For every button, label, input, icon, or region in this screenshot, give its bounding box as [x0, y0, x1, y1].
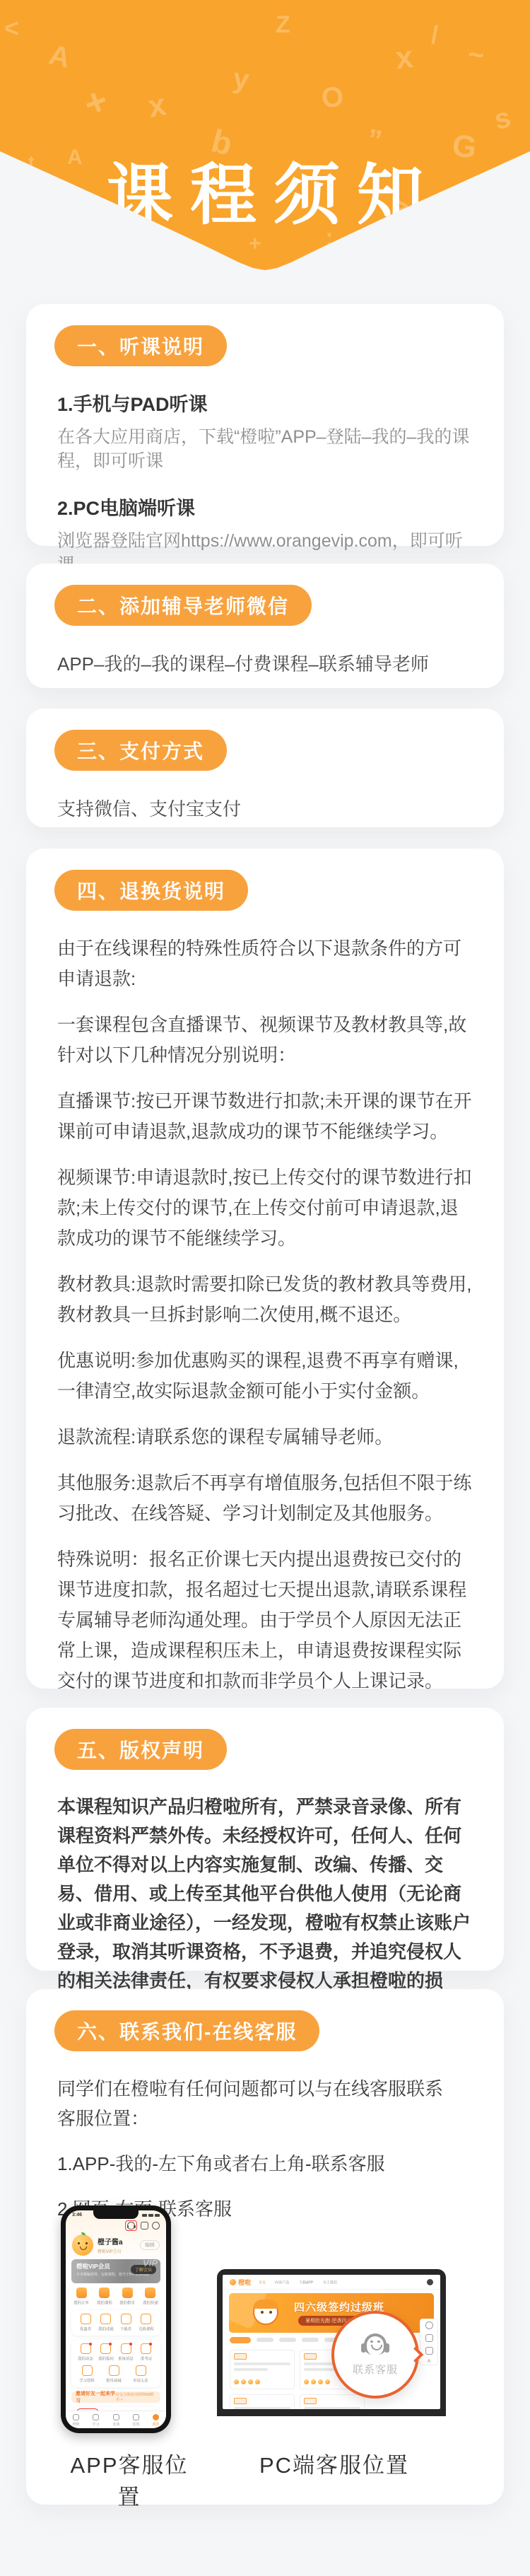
- app-menu-icon: [121, 2314, 131, 2324]
- pattern-glyph: x: [394, 42, 415, 74]
- app-menu-label: 发现: [132, 2421, 139, 2426]
- card-refund-policy: 四、退换货说明 由于在线课程的特殊性质符合以下退款条件的方可申请退款:一套课程包…: [26, 849, 504, 1689]
- site-avatar[interactable]: [427, 2279, 433, 2285]
- vip-banner[interactable]: 橙啦VIP会员 专享精编资料，定制课程，相当于5年更多特权 了解会员 VIP: [71, 2259, 160, 2283]
- pattern-glyph: ~: [468, 41, 484, 69]
- app-menu-item[interactable]: 我的快递: [142, 2287, 159, 2306]
- app-menu-item[interactable]: 学习资料: [78, 2365, 95, 2384]
- tab-item[interactable]: [302, 2338, 319, 2342]
- app-menu-label: 我的橙币: [119, 2300, 135, 2305]
- headset-icon[interactable]: [127, 2222, 135, 2230]
- course-card[interactable]: [300, 2394, 365, 2409]
- pattern-glyph: A: [47, 40, 73, 73]
- app-menu-label: 我的订单: [73, 2300, 89, 2305]
- course-card[interactable]: [230, 2350, 295, 2389]
- app-menu-label: 我的提问: [98, 2355, 114, 2361]
- paragraph: 1.APP-我的-左下角或者右上角-联系客服: [57, 2149, 476, 2179]
- section-pill-label: 三、支付方式: [77, 736, 204, 764]
- app-menu-icon: [100, 2314, 111, 2324]
- paragraph: 其他服务:退款后不再享有增值服务,包括但不限于练习批改、在线答疑、学习计划制定及…: [57, 1468, 476, 1529]
- back-to-top-icon[interactable]: ∧: [427, 2360, 431, 2362]
- nav-item[interactable]: 下载APP: [299, 2279, 313, 2285]
- paragraph: 在各大应用商店，下载“橙啦”APP–登陆–我的–我的课程，即可听课: [57, 425, 476, 473]
- card-add-tutor-wechat: 二、添加辅导老师微信 APP–我的–我的课程–付费课程–联系辅导老师: [26, 564, 504, 688]
- gear-icon[interactable]: [152, 2222, 160, 2230]
- card-contact-service: 六、联系我们-在线客服 同学们在橙啦有任何问题都可以与在线客服联系客服位置：1.…: [26, 1989, 504, 2505]
- app-menu-item[interactable]: 优惠券: [77, 2314, 94, 2332]
- course-card[interactable]: [230, 2394, 295, 2409]
- paragraph: 支持微信、支付宝支付: [57, 796, 476, 822]
- section-pill-label: 四、退换货说明: [77, 876, 225, 904]
- menu-card-1: 优惠券我的成就下载券兑换课程: [71, 2310, 160, 2336]
- customer-service-icon[interactable]: [425, 2321, 433, 2329]
- app-menu-item[interactable]: 选课: [106, 2411, 126, 2428]
- wechat-icon[interactable]: [425, 2334, 433, 2342]
- section-5-content: 本课程知识产品归橙啦所有，严禁录音录像、所有课程资料严禁外传。未经授权许可，任何…: [26, 1770, 504, 2024]
- paragraph: 1.手机与PAD听课: [57, 389, 476, 416]
- profile-row: 橙子酱a 橙啦VIP会员 编辑: [66, 2231, 166, 2256]
- section-pill-label: 五、版权声明: [77, 1735, 204, 1764]
- app-menu-item[interactable]: 学习: [86, 2411, 105, 2428]
- app-menu-label: 选课: [112, 2421, 119, 2426]
- app-menu-label: 学习: [93, 2421, 100, 2426]
- app-menu-icon: [113, 2414, 119, 2420]
- app-menu-label: 橙币商城: [106, 2377, 122, 2383]
- site-nav-items: 首页内容产品下载APP关于我们: [258, 2279, 338, 2285]
- app-menu-label: 优惠券: [80, 2326, 91, 2331]
- app-menu-item[interactable]: 准考证: [138, 2343, 155, 2362]
- app-menu-label: 系统消息: [118, 2355, 134, 2361]
- invite-banner[interactable]: 邀请好友一起来学习 好友注册成功即得500橙币 >: [71, 2391, 160, 2403]
- pattern-glyph: <: [488, 178, 502, 204]
- battery-icon: [155, 2214, 160, 2217]
- pattern-glyph: Z: [276, 13, 290, 37]
- pattern-glyph: /: [431, 23, 438, 48]
- app-menu-item[interactable]: 下载券: [117, 2314, 134, 2332]
- app-menu-item[interactable]: 我的成就: [98, 2314, 114, 2332]
- pattern-glyph: x: [146, 89, 168, 123]
- app-menu-icon: [82, 2365, 93, 2376]
- paragraph: 优惠说明:参加优惠购买的课程,退费不再享有赠课,一律清空,故实际退款金额可能小于…: [57, 1346, 476, 1406]
- pattern-glyph: #: [122, 209, 140, 235]
- section-pill-label: 六、联系我们-在线客服: [77, 2017, 297, 2045]
- app-menu-item[interactable]: 我的提问: [98, 2343, 114, 2362]
- section-pill-1: 一、听课说明: [54, 325, 227, 366]
- app-menu-label: 我的快递: [143, 2300, 158, 2305]
- app-menu-icon: [141, 2314, 151, 2324]
- invite-text: 邀请好友一起来学习: [76, 2390, 116, 2404]
- app-menu-item[interactable]: 申请入驻: [132, 2365, 149, 2384]
- app-menu-icon: [122, 2287, 133, 2298]
- pattern-glyph: <: [4, 16, 19, 41]
- app-menu-label: 我的课程: [97, 2300, 112, 2305]
- section-pill-2: 二、添加辅导老师微信: [54, 585, 312, 626]
- app-menu-icon: [153, 2414, 159, 2420]
- mascot-icon: [253, 2300, 278, 2325]
- app-menu-item[interactable]: 我的订单: [73, 2287, 90, 2306]
- user-name: 橙子酱a: [98, 2236, 136, 2246]
- highlight-box-customer-service: [125, 2220, 137, 2231]
- app-menu-item[interactable]: 我的橙币: [119, 2287, 136, 2306]
- app-menu-item[interactable]: 兑换课程: [138, 2314, 155, 2332]
- profile-name-block: 橙子酱a 橙啦VIP会员: [98, 2236, 136, 2254]
- tab-item[interactable]: [257, 2338, 273, 2342]
- menu-row-3: 学习资料橙币商城申请入驻: [71, 2362, 160, 2384]
- app-menu-icon: [76, 2287, 87, 2298]
- app-menu-item[interactable]: 发现: [126, 2411, 146, 2428]
- floating-sidebar: ∧: [420, 2319, 438, 2365]
- app-menu-icon: [141, 2343, 151, 2354]
- section-pill-4: 四、退换货说明: [54, 870, 248, 911]
- menu-row-1: 优惠券我的成就下载券兑换课程: [71, 2310, 160, 2332]
- app-menu-icon: [81, 2314, 91, 2324]
- app-menu-icon: [81, 2343, 91, 2354]
- menu-card-2: 我的动态我的提问系统消息准考证 学习资料橙币商城申请入驻: [71, 2340, 160, 2387]
- quick-icons-row: 我的订单我的课程我的橙币我的快递: [66, 2283, 166, 2306]
- tab-item[interactable]: [279, 2338, 296, 2342]
- app-menu-item[interactable]: 系统消息: [117, 2343, 134, 2362]
- pattern-glyph: +: [79, 81, 113, 124]
- section-6-content: 同学们在橙啦有任何问题都可以与在线客服联系客服位置：1.APP-我的-左下角或者…: [26, 2051, 504, 2224]
- invite-reward-text: 好友注册成功即得500橙币 >: [116, 2392, 156, 2402]
- app-screenshot-phone: 3:46 橙子酱a 橙啦VIP会员 编辑 橙啦VI: [61, 2205, 171, 2433]
- app-menu-icon: [100, 2343, 111, 2354]
- nav-item[interactable]: 内容产品: [275, 2279, 289, 2285]
- app-menu-item[interactable]: 我的课程: [96, 2287, 113, 2306]
- vip-watermark: VIP: [143, 2259, 158, 2268]
- section-3-content: 支持微信、支付宝支付: [26, 771, 504, 822]
- card-listening-guide: 一、听课说明 1.手机与PAD听课在各大应用商店，下载“橙啦”APP–登陆–我的…: [26, 304, 504, 546]
- app-menu-label: 兑换课程: [139, 2326, 154, 2331]
- tab-all[interactable]: [230, 2337, 251, 2343]
- scan-icon[interactable]: [141, 2222, 148, 2230]
- app-menu-item[interactable]: 橙币商城: [105, 2365, 122, 2384]
- header-banner: <+Ax#yZbO”/~sGtu>;<+Ax 课程须知: [0, 0, 530, 273]
- paragraph: 教材教具:退款时需要扣除已发货的教材教具等费用,教材教具一旦拆封影响二次使用,概…: [57, 1269, 476, 1330]
- app-download-icon[interactable]: [425, 2347, 433, 2355]
- card-payment: 三、支付方式 支持微信、支付宝支付: [26, 709, 504, 827]
- contact-service-callout[interactable]: 联系客服: [331, 2311, 419, 2399]
- pc-figure-caption: PC端客服位置: [242, 2447, 426, 2479]
- site-nav: 橙啦 首页内容产品下载APP关于我们: [223, 2275, 440, 2290]
- paragraph: APP–我的–我的课程–付费课程–联系辅导老师: [57, 651, 476, 677]
- site-logo[interactable]: 橙啦: [230, 2278, 251, 2287]
- phone-figure-caption: APP客服位置: [59, 2447, 200, 2511]
- section-pill-6: 六、联系我们-在线客服: [54, 2010, 319, 2051]
- status-time: 3:46: [72, 2213, 82, 2217]
- app-menu-label: 准考证: [141, 2355, 152, 2361]
- paragraph: 直播课节:按已开课节数进行扣款;未开课的课节在开课前可申请退款,退款成功的课节不…: [57, 1086, 476, 1147]
- card-copyright: 五、版权声明 本课程知识产品归橙啦所有，严禁录音录像、所有课程资料严禁外传。未经…: [26, 1708, 504, 1971]
- app-menu-label: 我的动态: [78, 2355, 93, 2361]
- app-menu-icon: [136, 2365, 146, 2376]
- app-menu-label: 学习资料: [79, 2377, 95, 2383]
- app-menu-icon: [93, 2414, 99, 2420]
- avatar[interactable]: [72, 2234, 93, 2256]
- section-pill-3: 三、支付方式: [54, 730, 227, 771]
- paragraph: 退款流程:请联系您的课程专属辅导老师。: [57, 1422, 476, 1452]
- app-menu-icon: [133, 2414, 139, 2420]
- leaf-icon: [81, 2232, 86, 2235]
- status-icons: [142, 2214, 160, 2217]
- section-2-content: APP–我的–我的课程–付费课程–联系辅导老师: [26, 626, 504, 677]
- paragraph: 2.PC电脑端听课: [57, 493, 476, 520]
- section-pill-label: 二、添加辅导老师微信: [77, 591, 289, 619]
- paragraph: 一套课程包含直播课节、视频课节及教材教具等,故针对以下几种情况分别说明：: [57, 1010, 476, 1071]
- app-menu-icon: [73, 2414, 79, 2420]
- app-menu-label: 下载券: [120, 2326, 131, 2331]
- app-menu-label: 我的成就: [98, 2326, 114, 2331]
- signal-icon: [142, 2214, 147, 2217]
- paragraph: 特殊说明：报名正价课七天内提出退费按已交付的课节进度扣款，报名超过七天提出退款,…: [57, 1544, 476, 1696]
- paragraph: 同学们在橙啦有任何问题都可以与在线客服联系: [57, 2074, 476, 2104]
- app-menu-item[interactable]: 橙啦: [66, 2411, 86, 2428]
- tab-bar: 橙啦学习选课发现我的: [66, 2411, 166, 2428]
- pattern-glyph: s: [492, 103, 513, 134]
- app-menu-icon: [109, 2365, 119, 2376]
- vip-tag: 橙啦VIP会员: [98, 2248, 136, 2254]
- phone-header-actions: [66, 2217, 166, 2231]
- nav-item[interactable]: 首页: [259, 2279, 266, 2285]
- app-menu-icon: [121, 2343, 131, 2354]
- pattern-glyph: y: [231, 64, 251, 95]
- pattern-glyph: O: [319, 82, 345, 113]
- section-pill-5: 五、版权声明: [54, 1729, 227, 1770]
- callout-label: 联系客服: [353, 2362, 398, 2377]
- orange-logo-icon: [230, 2279, 236, 2285]
- phone-screen: 3:46 橙子酱a 橙啦VIP会员 编辑 橙啦VI: [66, 2210, 166, 2428]
- paragraph: 由于在线课程的特殊性质符合以下退款条件的方可申请退款:: [57, 933, 476, 994]
- nav-item[interactable]: 关于我们: [323, 2279, 337, 2285]
- app-menu-label: 我的: [153, 2421, 160, 2426]
- paragraph: 视频课节:申请退款时,按已上传交付的课节数进行扣款;未上传交付的课节,在上传交付…: [57, 1162, 476, 1254]
- section-pill-label: 一、听课说明: [77, 332, 204, 360]
- headset-icon: [361, 2333, 389, 2358]
- app-menu-item[interactable]: 我的: [146, 2411, 166, 2428]
- app-menu-icon: [99, 2287, 110, 2298]
- paragraph: 客服位置：: [57, 2104, 476, 2133]
- course-notice-page: <+Ax#yZbO”/~sGtu>;<+Ax 课程须知 一、听课说明 1.手机与…: [0, 0, 530, 2576]
- page-title: 课程须知: [0, 141, 530, 237]
- wifi-icon: [148, 2214, 153, 2217]
- app-menu-icon: [145, 2287, 155, 2298]
- app-menu-label: 申请入驻: [133, 2377, 148, 2383]
- app-menu-label: 橙啦: [72, 2421, 79, 2426]
- edit-profile-button[interactable]: 编辑: [140, 2240, 160, 2250]
- phone-notch: [93, 2210, 139, 2219]
- section-4-content: 由于在线课程的特殊性质符合以下退款条件的方可申请退款:一套课程包含直播课节、视频…: [26, 911, 504, 1696]
- menu-row-2: 我的动态我的提问系统消息准考证: [71, 2340, 160, 2362]
- app-menu-item[interactable]: 我的动态: [77, 2343, 94, 2362]
